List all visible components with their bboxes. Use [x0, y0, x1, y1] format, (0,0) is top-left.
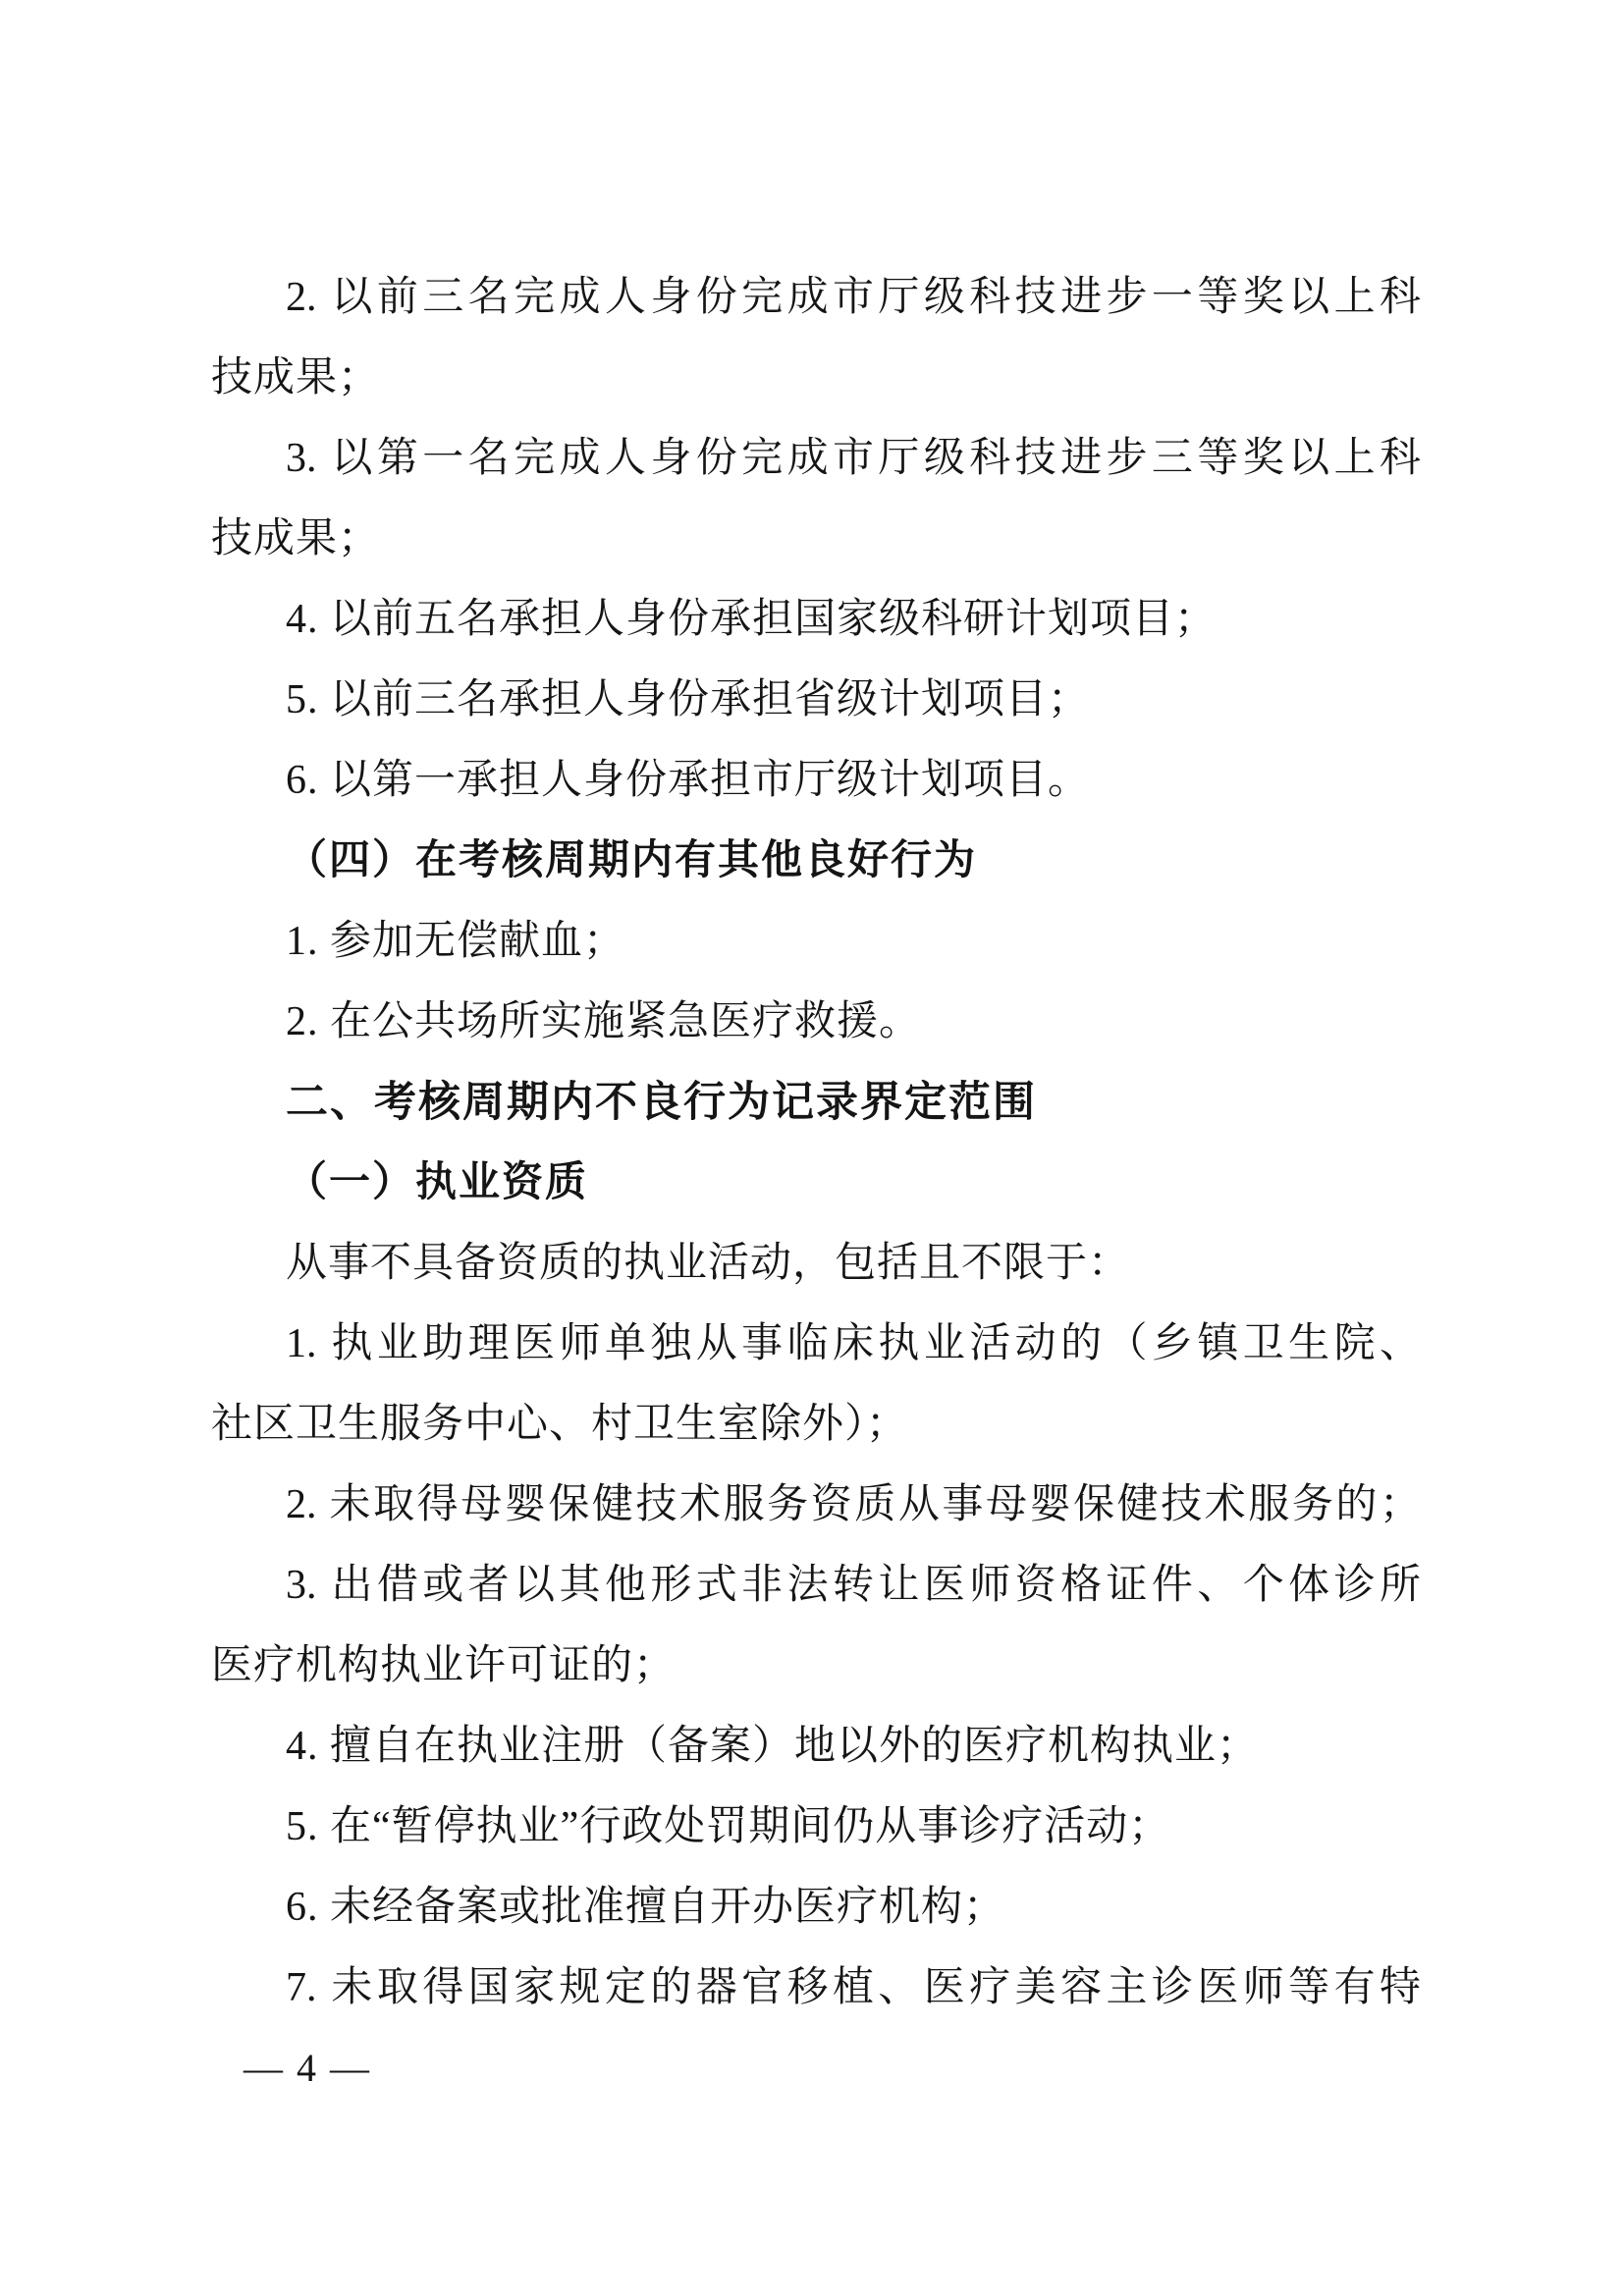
subsection-heading: （一）执业资质 [211, 1143, 1421, 1223]
text-line: 6. 未经备案或批准擅自开办医疗机构； [211, 1867, 1421, 1948]
text-line: 4. 擅自在执业注册（备案）地以外的医疗机构执业； [211, 1706, 1421, 1787]
text-line: 5. 以前三名承担人身份承担省级计划项目； [211, 660, 1421, 740]
text-line: 2. 以前三名完成人身份完成市厅级科技进步一等奖以上科 [211, 257, 1421, 338]
text-line: 4. 以前五名承担人身份承担国家级科研计划项目； [211, 579, 1421, 660]
text-line: 3. 出借或者以其他形式非法转让医师资格证件、个体诊所 [211, 1545, 1421, 1626]
text-line: 1. 参加无偿献血； [211, 901, 1421, 982]
text-line: 5. 在“暂停执业”行政处罚期间仍从事诊疗活动； [211, 1787, 1421, 1867]
document-page: 2. 以前三名完成人身份完成市厅级科技进步一等奖以上科 技成果； 3. 以第一名… [0, 0, 1624, 2296]
text-line: 1. 执业助理医师单独从事临床执业活动的（乡镇卫生院、 [211, 1304, 1421, 1384]
page-content: 2. 以前三名完成人身份完成市厅级科技进步一等奖以上科 技成果； 3. 以第一名… [211, 257, 1421, 2028]
text-line: 6. 以第一承担人身份承担市厅级计划项目。 [211, 740, 1421, 821]
text-line: 技成果； [211, 338, 1421, 418]
subsection-heading: （四）在考核周期内有其他良好行为 [211, 821, 1421, 901]
text-line: 7. 未取得国家规定的器官移植、医疗美容主诊医师等有特 [211, 1948, 1421, 2028]
section-heading: 二、考核周期内不良行为记录界定范围 [211, 1062, 1421, 1143]
text-line: 医疗机构执业许可证的； [211, 1626, 1421, 1706]
text-line: 从事不具备资质的执业活动，包括且不限于： [211, 1223, 1421, 1304]
text-line: 社区卫生服务中心、村卫生室除外）； [211, 1384, 1421, 1465]
text-line: 2. 未取得母婴保健技术服务资质从事母婴保健技术服务的； [211, 1465, 1421, 1545]
page-number: — 4 — [244, 2044, 371, 2093]
text-line: 技成果； [211, 499, 1421, 579]
text-line: 2. 在公共场所实施紧急医疗救援。 [211, 982, 1421, 1062]
text-line: 3. 以第一名完成人身份完成市厅级科技进步三等奖以上科 [211, 418, 1421, 499]
